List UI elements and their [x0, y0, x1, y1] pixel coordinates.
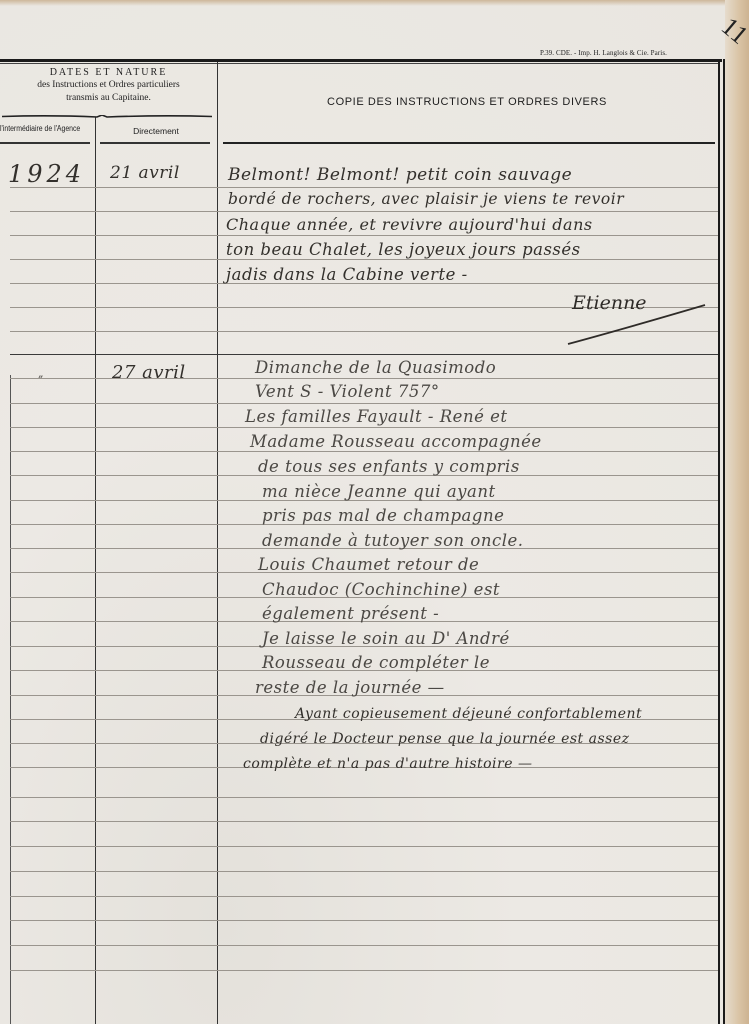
entry-2-line: de tous ses enfants y compris: [258, 457, 520, 476]
entry-1-line: bordé de rochers, avec plaisir je viens …: [228, 190, 624, 208]
entry-2-line: Rousseau de compléter le: [262, 653, 490, 672]
frame-right-rule-outer: [723, 59, 725, 1024]
ruled-line: [10, 235, 718, 236]
frame-right-rule: [718, 59, 720, 1024]
ruled-line: [10, 427, 718, 428]
column-header-direct: Directement: [96, 126, 216, 136]
entry-2-line: demande à tutoyer son oncle.: [262, 531, 524, 550]
entry-2-line: Madame Rousseau accompagnée: [250, 432, 542, 451]
ruled-line: [10, 896, 718, 897]
entry-2-line: Vent S - Violent 757°: [255, 382, 440, 401]
column-header-agency: l'intermédiaire de l'Agence: [0, 124, 79, 133]
signature-flourish-icon: [560, 300, 710, 350]
page-top-edge: [0, 0, 749, 6]
ruled-line: [10, 211, 718, 212]
ruled-line: [10, 451, 718, 452]
entry-2-line: complète et n'a pas d'autre histoire —: [243, 756, 532, 772]
entry-1-line: ton beau Chalet, les joyeux jours passés: [226, 240, 581, 259]
frame-left-rule: [10, 375, 11, 1024]
column-divider-agency: [95, 117, 96, 1024]
dates-header-subtitle-1: des Instructions et Ordres particuliers: [0, 79, 217, 92]
main-column-title: COPIE DES INSTRUCTIONS ET ORDRES DIVERS: [217, 96, 717, 108]
ruled-line: [10, 945, 718, 946]
entry-1-year: 1924: [8, 160, 85, 188]
column-header-rule-direct: [100, 142, 210, 144]
entry-2-line: reste de la journée —: [255, 678, 445, 697]
ruled-line: [10, 846, 718, 847]
ruled-line: [10, 970, 718, 971]
ruled-line: [10, 871, 718, 872]
entry-2-line: Ayant copieusement déjeuné confortableme…: [295, 706, 642, 722]
frame-top-rule: [0, 59, 722, 62]
dates-header: DATES ET NATURE des Instructions et Ordr…: [0, 66, 217, 105]
ruled-line: [10, 403, 718, 404]
dates-header-subtitle-2: transmis au Capitaine.: [0, 92, 217, 105]
entry-1-date: 21 avril: [110, 163, 180, 183]
main-column-rule: [223, 142, 715, 144]
entry-1-line: jadis dans la Cabine verte -: [226, 265, 468, 284]
ruled-line: [10, 797, 718, 798]
entry-1-line: Chaque année, et revivre aujourd'hui dan…: [226, 215, 593, 234]
entry-2-date: 27 avril: [112, 362, 186, 383]
column-header-rule-agency: [0, 142, 90, 144]
entry-1-line: Belmont! Belmont! petit coin sauvage: [228, 165, 572, 185]
column-divider-main: [217, 62, 218, 1024]
dates-header-title: DATES ET NATURE: [0, 66, 217, 79]
frame-top-rule-thin: [0, 63, 720, 64]
header-brace: [2, 115, 212, 118]
entry-separator: [10, 354, 718, 355]
printer-imprint: P.39. CDE. - Imp. H. Langlois & Cie. Par…: [540, 49, 667, 57]
entry-2-line: ma nièce Jeanne qui ayant: [262, 482, 496, 501]
entry-2-line: digéré le Docteur pense que la journée e…: [260, 731, 630, 747]
ruled-line: [10, 821, 718, 822]
ruled-line: [10, 920, 718, 921]
entry-2-line: également présent -: [262, 604, 439, 623]
entry-2-line: pris pas mal de champagne: [262, 506, 504, 525]
entry-2-line: Les familles Fayault - René et: [245, 407, 507, 426]
entry-2-line: Louis Chaumet retour de: [258, 555, 479, 574]
page-right-edge: [725, 0, 749, 1024]
ruled-line: [10, 187, 718, 188]
ledger-page: 11 P.39. CDE. - Imp. H. Langlois & Cie. …: [0, 0, 749, 1024]
entry-2-line: Je laisse le soin au D' André: [262, 629, 510, 648]
entry-2-line: Chaudoc (Cochinchine) est: [262, 580, 500, 599]
ruled-line: [10, 259, 718, 260]
entry-2-line: Dimanche de la Quasimodo: [255, 358, 496, 377]
entry-2-year-ditto: ”: [38, 375, 44, 386]
